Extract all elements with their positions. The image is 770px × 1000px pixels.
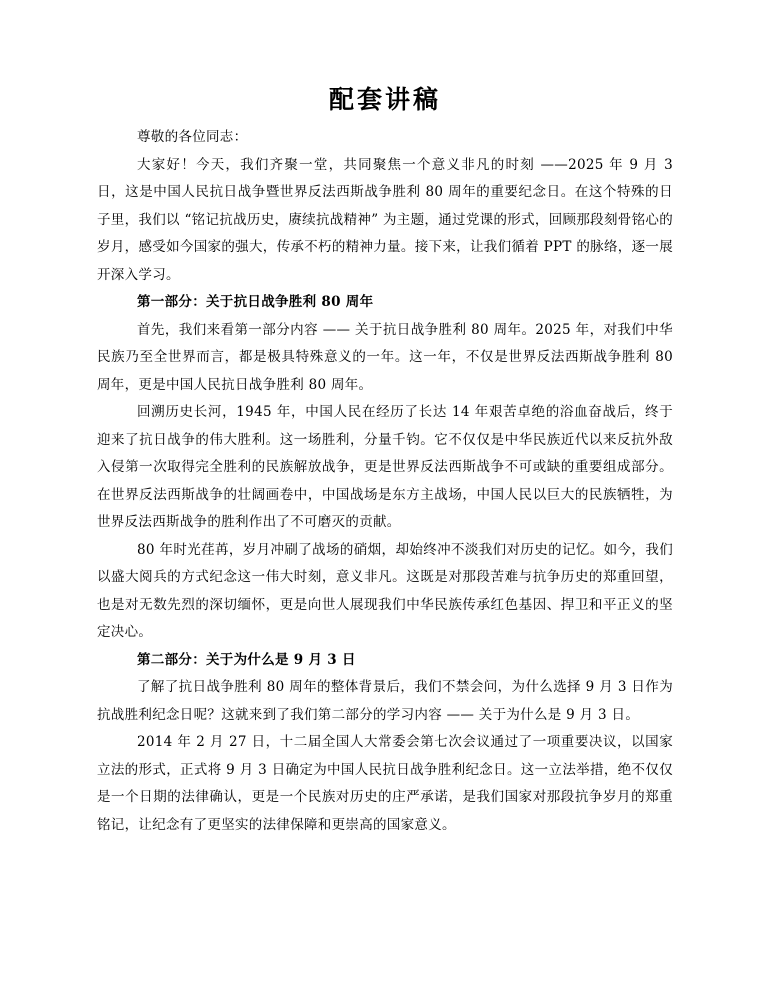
paragraph-intro: 大家好！今天，我们齐聚一堂，共同聚焦一个意义非凡的时刻 ——2025 年 9 月… xyxy=(97,152,673,290)
paragraph-part1-memory: 80 年时光荏苒，岁月冲刷了战场的硝烟，却始终冲不淡我们对历史的记忆。如今，我们… xyxy=(97,537,673,647)
section-heading-part1: 第一部分：关于抗日战争胜利 80 周年 xyxy=(97,289,673,317)
paragraph-part1-overview: 首先，我们来看第一部分内容 —— 关于抗日战争胜利 80 周年。2025 年，对… xyxy=(97,317,673,400)
paragraph-part2-legislation: 2014 年 2 月 27 日，十二届全国人大常委会第七次会议通过了一项重要决议… xyxy=(97,729,673,839)
salutation-line: 尊敬的各位同志： xyxy=(97,124,673,152)
document-page: 配套讲稿 尊敬的各位同志： 大家好！今天，我们齐聚一堂，共同聚焦一个意义非凡的时… xyxy=(0,0,770,1000)
document-body: 尊敬的各位同志： 大家好！今天，我们齐聚一堂，共同聚焦一个意义非凡的时刻 ——2… xyxy=(97,124,673,839)
paragraph-part2-question: 了解了抗日战争胜利 80 周年的整体背景后，我们不禁会问，为什么选择 9 月 3… xyxy=(97,674,673,729)
section-heading-part2: 第二部分：关于为什么是 9 月 3 日 xyxy=(97,647,673,675)
paragraph-part1-history: 回溯历史长河，1945 年，中国人民在经历了长达 14 年艰苦卓绝的浴血奋战后，… xyxy=(97,399,673,537)
document-title: 配套讲稿 xyxy=(97,84,673,116)
